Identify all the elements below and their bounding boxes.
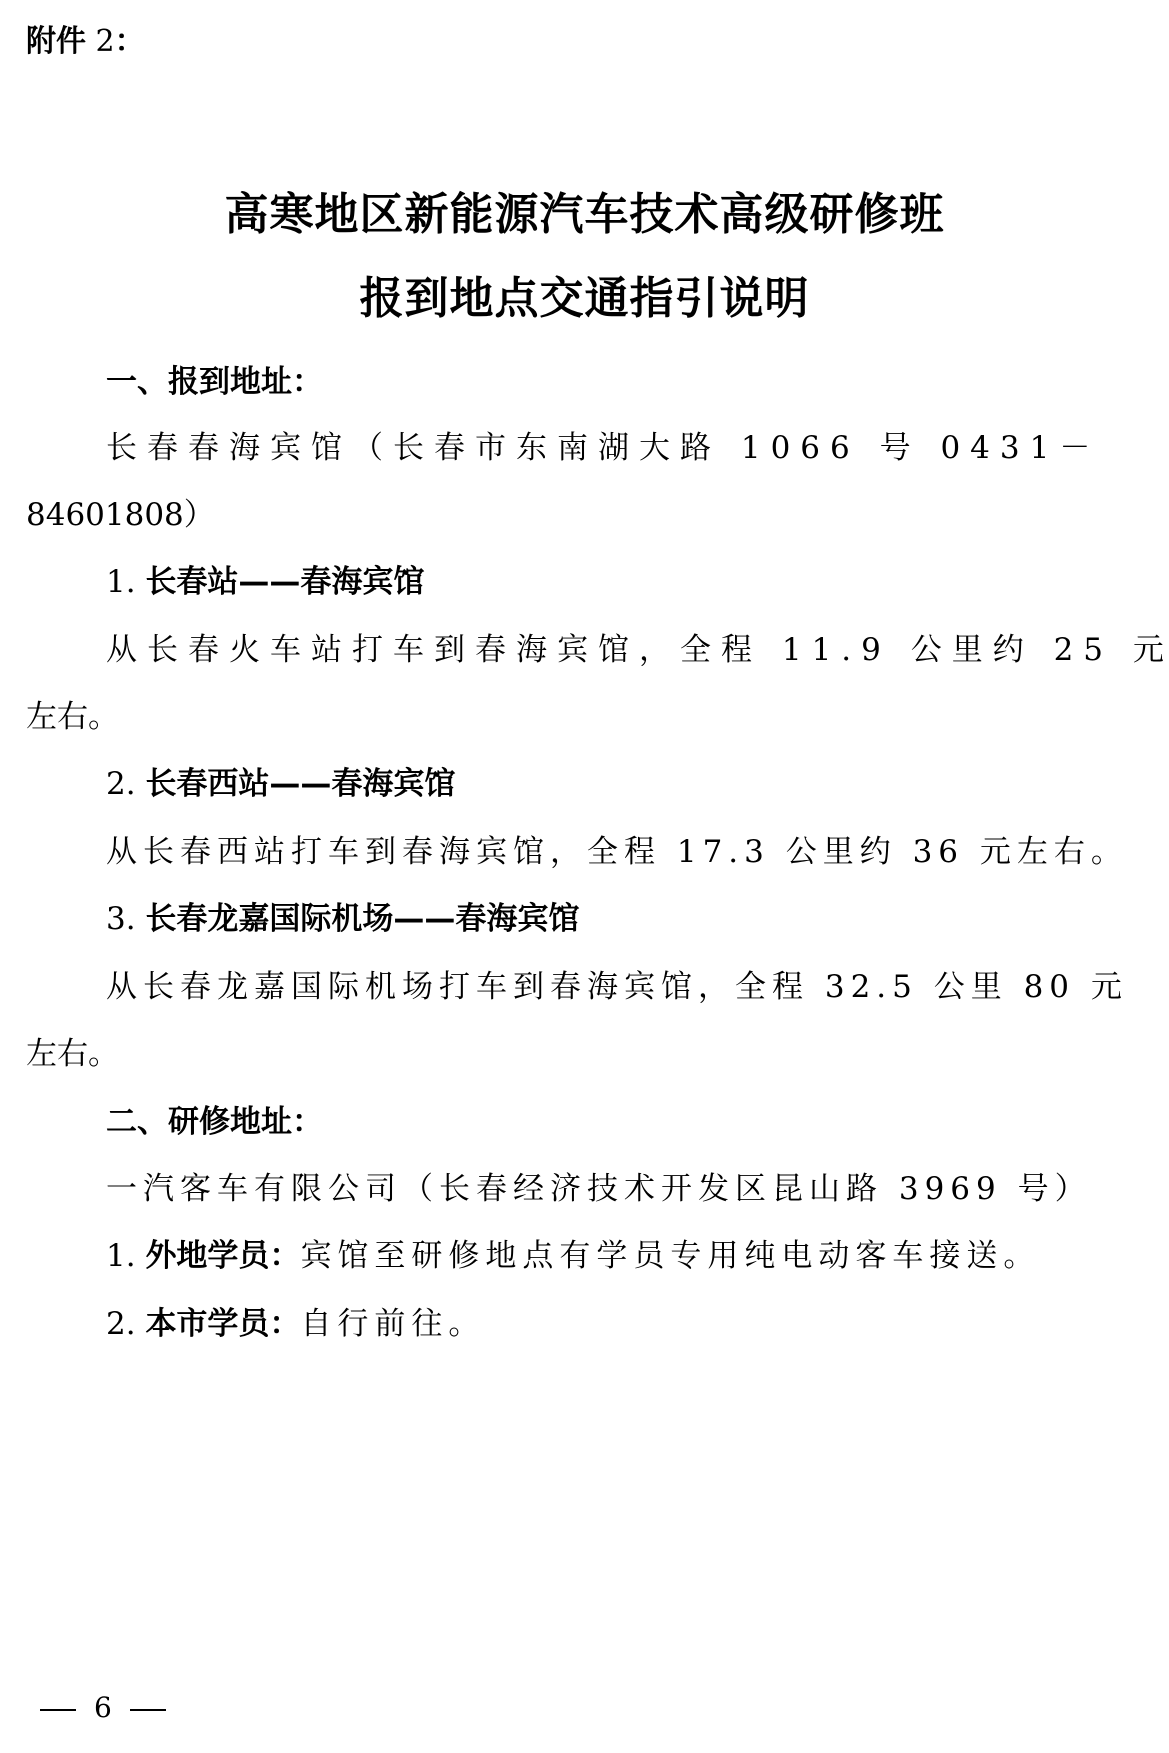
document-title-line2: 报到地点交通指引说明 — [0, 262, 1169, 326]
route-3-heading: 3. 长春龙嘉国际机场——春海宾馆 — [0, 897, 1169, 941]
attachment-text: 附件 — [26, 24, 86, 59]
route-3-title: 长春龙嘉国际机场——春海宾馆 — [145, 901, 579, 937]
route-3-number: 3. — [106, 901, 136, 937]
route-2-title: 长春西站——春海宾馆 — [145, 766, 455, 802]
route-2-heading: 2. 长春西站——春海宾馆 — [0, 762, 1169, 806]
item-1-label: 外地学员： — [145, 1238, 300, 1274]
route-1-number: 1. — [106, 564, 136, 600]
route-3-desc-line2: 左右。 — [0, 1032, 1169, 1076]
item-2-label: 本市学员： — [145, 1306, 300, 1342]
route-1-desc-line2: 左右。 — [0, 695, 1169, 739]
route-1-desc-line1: 从长春火车站打车到春海宾馆，全程 11.9 公里约 25 元 — [0, 628, 1169, 672]
route-1-heading: 1. 长春站——春海宾馆 — [0, 560, 1169, 604]
section1-address-line1: 长春春海宾馆（长春市东南湖大路 1066 号 0431－ — [0, 426, 1169, 470]
attachment-colon: ： — [115, 24, 145, 59]
attachment-label: 附件 2： — [26, 22, 145, 62]
document-title-line1: 高寒地区新能源汽车技术高级研修班 — [0, 178, 1169, 242]
section2-heading: 二、研修地址： — [0, 1100, 1169, 1144]
route-2-number: 2. — [106, 766, 136, 802]
item-2-number: 2. — [106, 1306, 136, 1342]
section1-heading: 一、报到地址： — [0, 360, 1169, 404]
route-3-desc-line1: 从长春龙嘉国际机场打车到春海宾馆，全程 32.5 公里 80 元 — [0, 965, 1169, 1009]
section2-address: 一汽客车有限公司（长春经济技术开发区昆山路 3969 号） — [0, 1167, 1169, 1211]
item-1-number: 1. — [106, 1238, 136, 1274]
route-1-title: 长春站——春海宾馆 — [145, 564, 424, 600]
attachment-number: 2 — [96, 24, 115, 59]
item-1-text: 宾馆至研修地点有学员专用纯电动客车接送。 — [300, 1238, 1040, 1274]
section2-item-1: 1. 外地学员：宾馆至研修地点有学员专用纯电动客车接送。 — [0, 1234, 1169, 1278]
section1-address-line2: 84601808） — [0, 493, 1169, 537]
footer-dash-right — [130, 1709, 166, 1711]
page-footer: 6 — [40, 1690, 184, 1726]
page-number: 6 — [94, 1691, 112, 1724]
route-2-desc-line1: 从长春西站打车到春海宾馆，全程 17.3 公里约 36 元左右。 — [0, 830, 1169, 874]
footer-dash-left — [40, 1709, 76, 1711]
section2-item-2: 2. 本市学员：自行前往。 — [0, 1302, 1169, 1346]
item-2-text: 自行前往。 — [300, 1306, 485, 1342]
